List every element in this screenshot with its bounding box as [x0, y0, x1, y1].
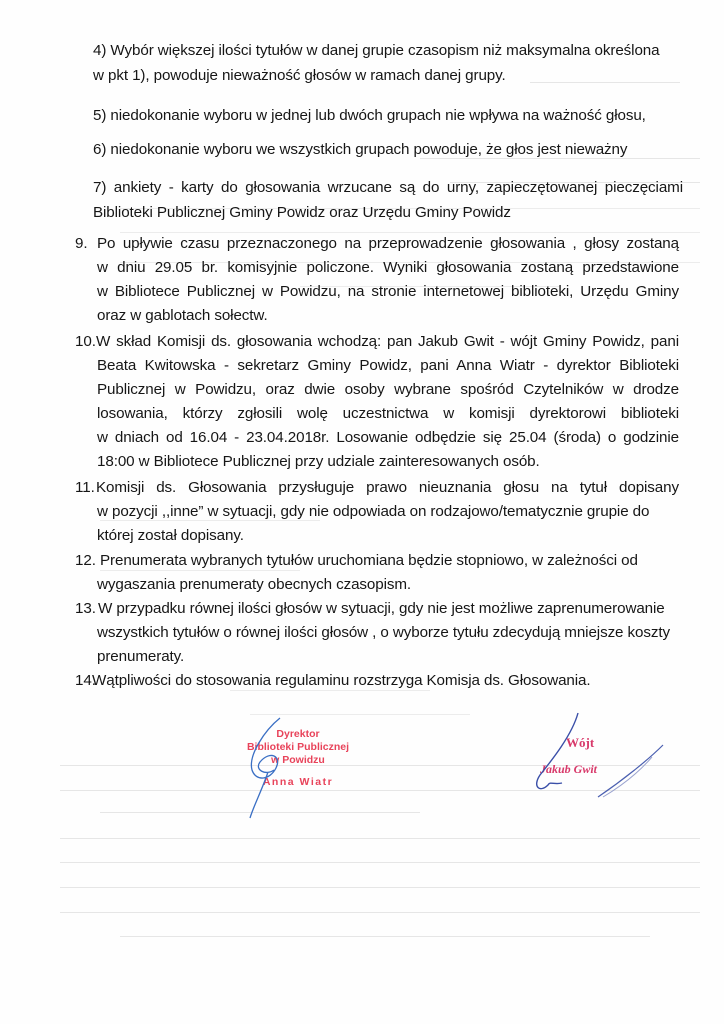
point-number: 11.: [75, 476, 95, 499]
text-line: 4) Wybór większej ilości tytułów w danej…: [93, 39, 659, 62]
text-line: w pozycji ,,inne” w sytuacji, gdy nie od…: [97, 500, 649, 523]
text-line: w dniach od 16.04 - 23.04.2018r. Losowan…: [97, 426, 679, 449]
point-number: 13.: [75, 597, 96, 620]
text-line: wygaszania prenumeraty obecnych czasopis…: [97, 573, 411, 596]
text-line: prenumeraty.: [97, 645, 184, 668]
text-line: Komisji ds. Głosowania przysługuje prawo…: [96, 476, 679, 499]
text-line: Wątpliwości do stosowania regulaminu roz…: [92, 669, 591, 692]
text-line: Beata Kwitowska - sekretarz Gminy Powidz…: [97, 354, 679, 377]
text-line: Publicznej w Powidzu, oraz dwie osoby wy…: [97, 378, 679, 401]
point-number: 12.: [75, 549, 96, 572]
text-line: W skład Komisji ds. głosowania wchodzą: …: [96, 330, 679, 353]
text-line: W przypadku równej ilości głosów w sytua…: [98, 597, 665, 620]
text-line: 18:00 w Bibliotece Publicznej przy udzia…: [97, 450, 540, 473]
text-line: Biblioteki Publicznej Gminy Powidz oraz …: [93, 201, 511, 224]
text-line: 5) niedokonanie wyboru w jednej lub dwóc…: [93, 104, 646, 127]
text-line: losowania, którzy zgłosili wolę uczestni…: [97, 402, 679, 425]
text-line: 7) ankiety - karty do głosowania wrzucan…: [93, 176, 683, 199]
text-line: w Bibliotece Publicznej w Powidzu, na st…: [97, 280, 679, 303]
text-line: w dniu 29.05 br. komisyjnie policzone. W…: [97, 256, 679, 279]
text-line: w pkt 1), powoduje nieważność głosów w r…: [93, 64, 506, 87]
point-number: 10.: [75, 330, 96, 353]
text-line: wszystkich tytułów o równej ilości głosó…: [97, 621, 670, 644]
text-line: oraz w gablotach sołectw.: [97, 304, 268, 327]
text-line: której został dopisany.: [97, 524, 244, 547]
scanned-page: 4) Wybór większej ilości tytułów w danej…: [0, 0, 724, 1024]
text-line: Po upływie czasu przeznaczonego na przep…: [97, 232, 679, 255]
text-line: 6) niedokonanie wyboru we wszystkich gru…: [93, 138, 627, 161]
text-line: Prenumerata wybranych tytułów uruchomian…: [100, 549, 638, 572]
point-number: 9.: [75, 232, 87, 255]
director-signature-icon: [240, 710, 310, 820]
mayor-signature-icon: [528, 705, 668, 815]
